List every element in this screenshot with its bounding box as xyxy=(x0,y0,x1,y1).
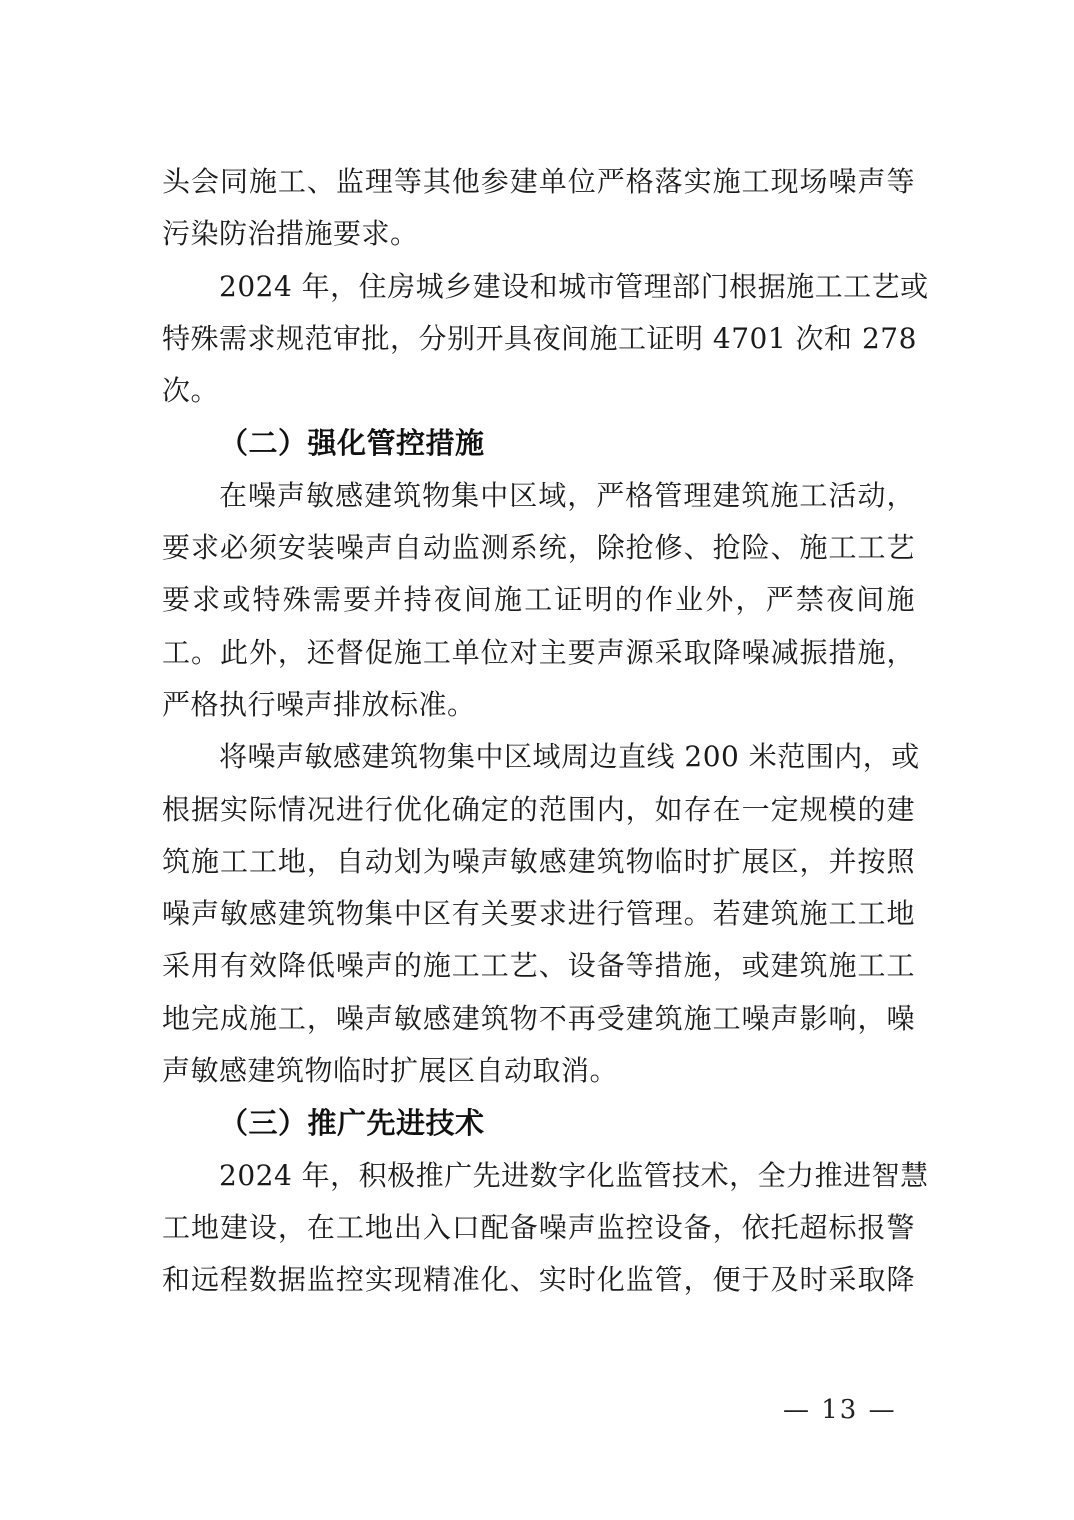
text-line: 工。此外，还督促施工单位对主要声源采取降噪减振措施， xyxy=(162,627,915,679)
text-line: 污染防治措施要求。 xyxy=(162,208,915,260)
text-line: 头会同施工、监理等其他参建单位严格落实施工现场噪声等 xyxy=(162,156,915,208)
text-line: 次。 xyxy=(162,365,915,417)
page-number: — 13 — xyxy=(783,1394,893,1426)
text-line: 工地建设，在工地出入口配备噪声监控设备，依托超标报警 xyxy=(162,1202,915,1254)
text-line: 2024 年，住房城乡建设和城市管理部门根据施工工艺或 xyxy=(162,261,915,313)
text-line: 将噪声敏感建筑物集中区域周边直线 200 米范围内，或 xyxy=(162,731,915,783)
text-line: 在噪声敏感建筑物集中区域，严格管理建筑施工活动， xyxy=(162,470,915,522)
text-line: 和远程数据监控实现精准化、实时化监管，便于及时采取降 xyxy=(162,1254,915,1306)
section-heading: （三）推广先进技术 xyxy=(162,1097,915,1149)
text-line: 噪声敏感建筑物集中区有关要求进行管理。若建筑施工工地 xyxy=(162,888,915,940)
text-line: 根据实际情况进行优化确定的范围内，如存在一定规模的建 xyxy=(162,784,915,836)
document-text-block: 头会同施工、监理等其他参建单位严格落实施工现场噪声等 污染防治措施要求。 202… xyxy=(162,156,915,1307)
text-line: 地完成施工，噪声敏感建筑物不再受建筑施工噪声影响，噪 xyxy=(162,993,915,1045)
document-page: 头会同施工、监理等其他参建单位严格落实施工现场噪声等 污染防治措施要求。 202… xyxy=(0,0,1074,1520)
section-heading: （二）强化管控措施 xyxy=(162,417,915,469)
text-line: 2024 年，积极推广先进数字化监管技术，全力推进智慧 xyxy=(162,1150,915,1202)
text-line: 特殊需求规范审批，分别开具夜间施工证明 4701 次和 278 xyxy=(162,313,915,365)
text-line: 要求或特殊需要并持夜间施工证明的作业外，严禁夜间施 xyxy=(162,574,915,626)
text-line: 要求必须安装噪声自动监测系统，除抢修、抢险、施工工艺 xyxy=(162,522,915,574)
text-line: 严格执行噪声排放标准。 xyxy=(162,679,915,731)
text-line: 声敏感建筑物临时扩展区自动取消。 xyxy=(162,1045,915,1097)
text-line: 采用有效降低噪声的施工工艺、设备等措施，或建筑施工工 xyxy=(162,940,915,992)
text-line: 筑施工工地，自动划为噪声敏感建筑物临时扩展区，并按照 xyxy=(162,836,915,888)
